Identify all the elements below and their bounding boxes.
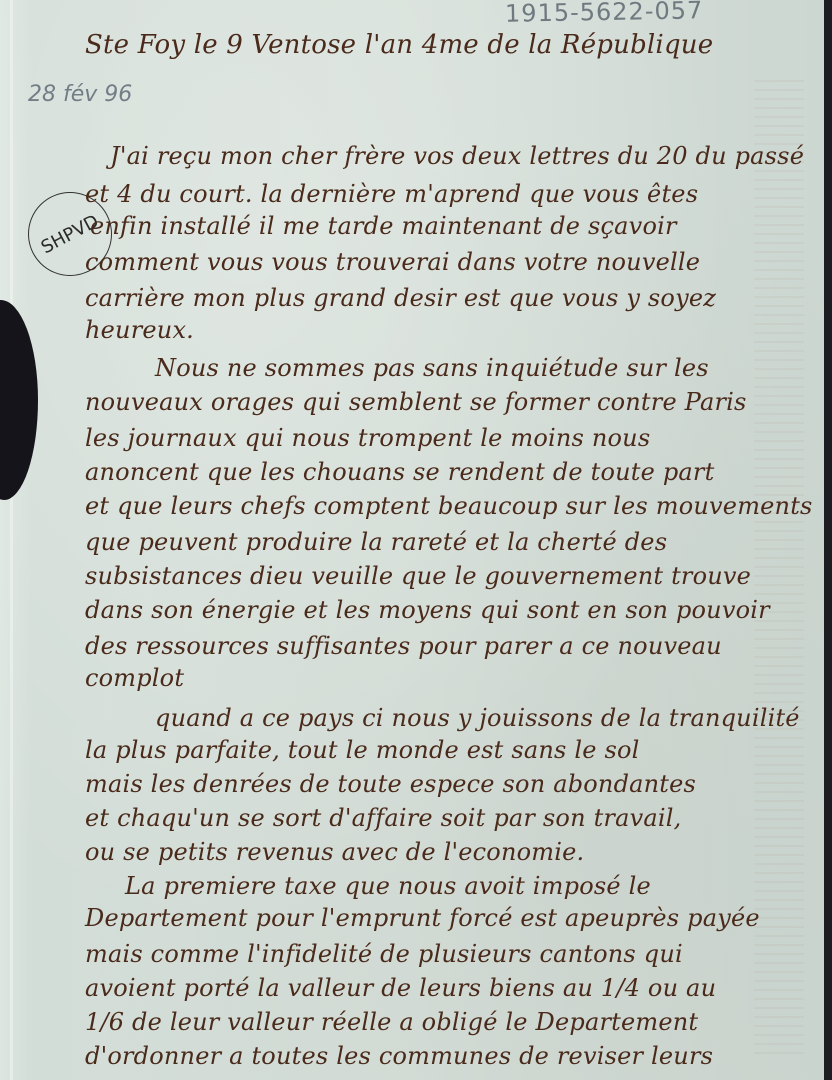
- letter-line: d'ordonner a toutes les communes de revi…: [85, 1042, 713, 1070]
- letter-line: comment vous vous trouverai dans votre n…: [85, 248, 700, 276]
- letter-page: 1915-5622-057 28 fév 96 SHPVD Ste Foy le…: [0, 0, 824, 1080]
- ink-blot: [0, 300, 38, 500]
- pencil-date-annotation: 28 fév 96: [28, 82, 132, 107]
- letter-line: et que leurs chefs comptent beaucoup sur…: [85, 492, 813, 520]
- letter-line: heureux.: [85, 316, 194, 344]
- letter-line: carrière mon plus grand desir est que vo…: [85, 284, 716, 312]
- ink-bleed-through: [754, 80, 804, 1060]
- letter-line: nouveaux orages qui semblent se former c…: [85, 388, 747, 416]
- letter-line: 1/6 de leur valleur réelle a obligé le D…: [85, 1008, 698, 1036]
- letter-line: quand a ce pays ci nous y jouissons de l…: [155, 704, 800, 732]
- letter-line: et chaqu'un se sort d'affaire soit par s…: [85, 804, 681, 832]
- letter-line: mais comme l'infidelité de plusieurs can…: [85, 940, 683, 968]
- letter-line: complot: [85, 664, 184, 692]
- letter-line: les journaux qui nous trompent le moins …: [85, 424, 650, 452]
- letter-line: Nous ne sommes pas sans inquiétude sur l…: [155, 354, 709, 382]
- letter-line: des ressources suffisantes pour parer a …: [85, 632, 722, 660]
- letter-line: que peuvent produire la rareté et la che…: [85, 528, 667, 556]
- letter-line: enfin installé il me tarde maintenant de…: [90, 212, 677, 240]
- letter-line: et 4 du court. la dernière m'aprend que …: [85, 180, 698, 208]
- letter-line: J'ai reçu mon cher frère vos deux lettre…: [110, 142, 804, 170]
- dateline: Ste Foy le 9 Ventose l'an 4me de la Répu…: [85, 30, 713, 60]
- letter-line: ou se petits revenus avec de l'economie.: [85, 838, 584, 866]
- letter-line: la plus parfaite, tout le monde est sans…: [85, 736, 640, 764]
- letter-line: subsistances dieu veuille que le gouvern…: [85, 562, 751, 590]
- letter-line: La premiere taxe que nous avoit imposé l…: [125, 872, 651, 900]
- letter-line: dans son énergie et les moyens qui sont …: [85, 596, 770, 624]
- scan-border: [824, 0, 832, 1080]
- paper-fold: [10, 0, 13, 1080]
- archive-reference-number: 1915-5622-057: [505, 0, 704, 28]
- letter-line: anoncent que les chouans se rendent de t…: [85, 458, 714, 486]
- letter-line: avoient porté la valleur de leurs biens …: [85, 974, 716, 1002]
- letter-line: mais les denrées de toute espece son abo…: [85, 770, 696, 798]
- letter-line: Departement pour l'emprunt forcé est ape…: [85, 904, 760, 932]
